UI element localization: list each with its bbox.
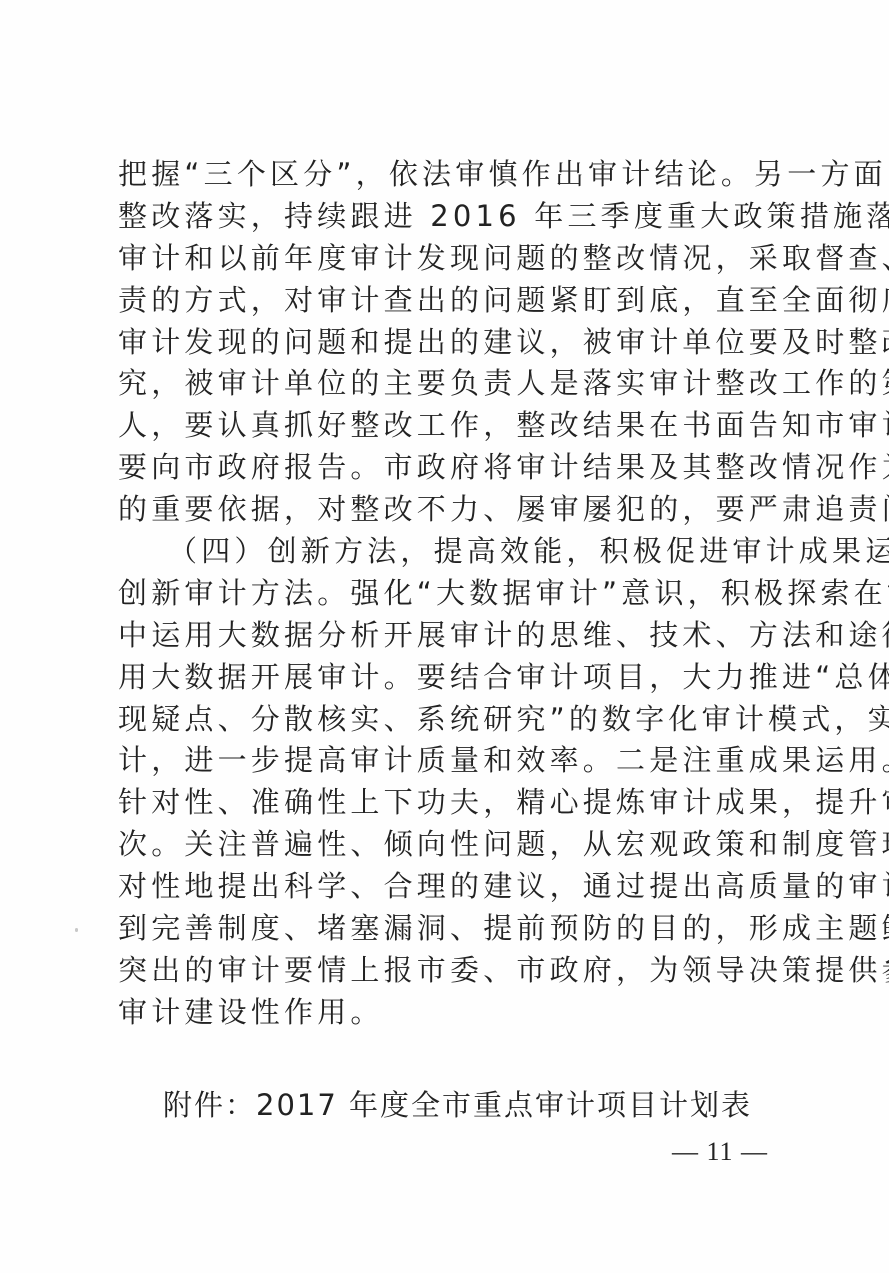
paragraph-2-line-12: 审计建设性作用。: [118, 992, 778, 1034]
paragraph-1-line-2: 整改落实，持续跟进 2016 年三季度重大政策措施落实情况跟踪: [118, 196, 774, 238]
scan-speck: [75, 928, 78, 932]
page-number: — 11 —: [672, 1136, 768, 1168]
paragraph-1-line-4: 责的方式，对审计查出的问题紧盯到底，直至全面彻底整改。对: [118, 280, 774, 322]
paragraph-2-line-4: 用大数据开展审计。要结合审计项目，大力推进“总体分析、发: [118, 657, 774, 699]
paragraph-2-line-3: 中运用大数据分析开展审计的思维、技术、方法和途径，充分运: [118, 615, 774, 657]
paragraph-1-line-6: 究，被审计单位的主要负责人是落实审计整改工作的第一责任: [118, 363, 774, 405]
paragraph-2-line-11: 突出的审计要情上报市委、市政府，为领导决策提供参考，发挥: [118, 950, 774, 992]
paragraph-2-line-9: 对性地提出科学、合理的建议，通过提出高质量的审计建议，达: [118, 866, 774, 908]
paragraph-2-line-2: 创新审计方法。强化“大数据审计”意识，积极探索在审计实践: [118, 573, 774, 615]
paragraph-1-line-9: 的重要依据，对整改不力、屡审屡犯的，要严肃追责问责。: [118, 489, 778, 531]
body-text: 把握“三个区分”，依法审慎作出审计结论。另一方面，狠抓审计 整改落实，持续跟进 …: [118, 154, 778, 1034]
paragraph-1-line-5: 审计发现的问题和提出的建议，被审计单位要及时整改和认真研: [118, 322, 774, 364]
paragraph-2-heading-line: （四）创新方法，提高效能，积极促进审计成果运用。一是: [118, 531, 774, 573]
paragraph-2-line-8: 次。关注普遍性、倾向性问题，从宏观政策和制度管理方面有针: [118, 824, 774, 866]
paragraph-2-line-5: 现疑点、分散核实、系统研究”的数字化审计模式，实现精准审: [118, 699, 774, 741]
document-page: 把握“三个区分”，依法审慎作出审计结论。另一方面，狠抓审计 整改落实，持续跟进 …: [0, 0, 889, 1273]
paragraph-1-line-1: 把握“三个区分”，依法审慎作出审计结论。另一方面，狠抓审计: [118, 154, 774, 196]
paragraph-2-line-6: 计，进一步提高审计质量和效率。二是注重成果运用。在时效性、: [118, 740, 774, 782]
attachment-note: 附件：2017 年度全市重点审计项目计划表: [163, 1084, 752, 1126]
paragraph-1-line-3: 审计和以前年度审计发现问题的整改情况，采取督查、联动、问: [118, 238, 774, 280]
paragraph-2-line-10: 到完善制度、堵塞漏洞、提前预防的目的，形成主题鲜明、重点: [118, 908, 774, 950]
paragraph-1-line-7: 人，要认真抓好整改工作，整改结果在书面告知市审计局的同时，: [118, 405, 774, 447]
paragraph-2-line-7: 针对性、准确性上下功夫，精心提炼审计成果，提升审计成果层: [118, 782, 774, 824]
paragraph-1-line-8: 要向市政府报告。市政府将审计结果及其整改情况作为年终考核: [118, 447, 774, 489]
